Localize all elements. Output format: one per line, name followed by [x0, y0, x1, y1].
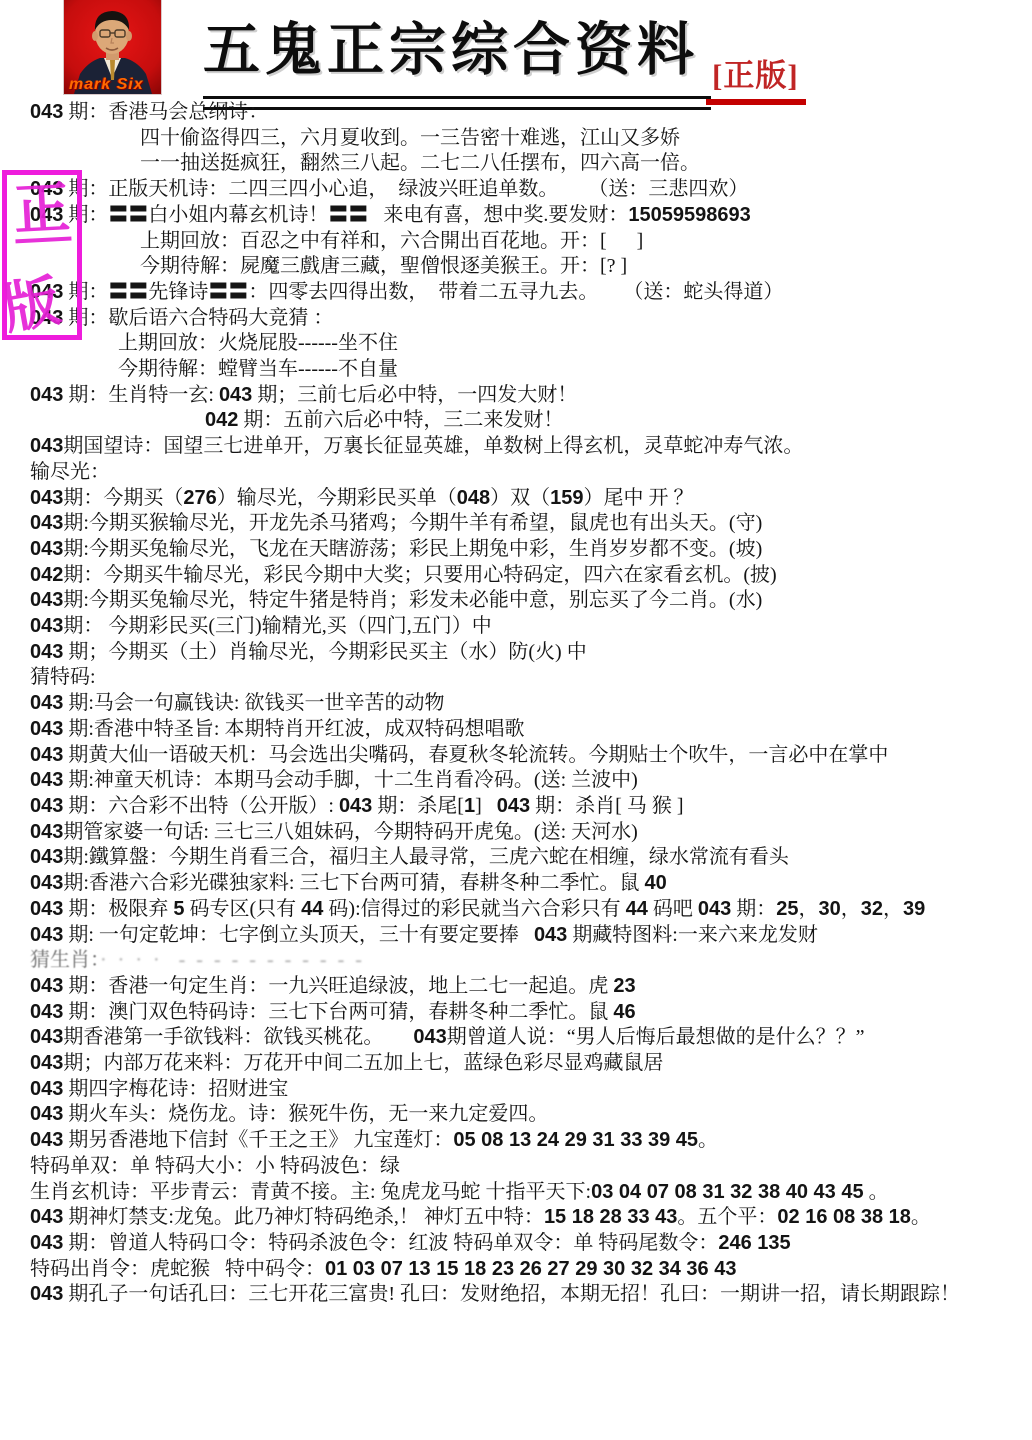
text-line: 043 期：澳门双色特码诗：三七下台两可猜，春耕冬种二季忙。鼠 46 — [0, 1000, 1032, 1026]
text-line: 上期回放：火烧屁股------坐不住 — [0, 331, 1032, 357]
text-line: 四十偷盗得四三，六月夏收到。一三告密十难逃，江山又多娇 — [0, 126, 1032, 152]
header: mark Six 五鬼正宗综合资料 [正版] — [0, 0, 1032, 106]
text-line: 特码出肖令：虎蛇猴 特中码令：01 03 07 13 15 18 23 26 2… — [0, 1257, 1032, 1283]
text-line: 043 期:香港中特圣旨: 本期特肖开红波，成双特码想唱歌 — [0, 717, 1032, 743]
tipster-photo: mark Six — [64, 0, 161, 94]
text-line: 043 期火车头：烧伤龙。诗：猴死牛伤，无一来九定爱四。 — [0, 1102, 1032, 1128]
text-line: 猜特码: — [0, 665, 1032, 691]
text-line: 043 期：〓〓白小姐内幕玄机诗！〓〓 来电有喜，想中奖.要发财：1505959… — [0, 203, 1032, 229]
text-line: 043期:今期买猴输尽光，开龙先杀马猪鸡；今期牛羊有希望，鼠虎也有出头天。(守) — [0, 511, 1032, 537]
text-line: 今期待解：螳臂当车------不自量 — [0, 357, 1032, 383]
text-line: 043 期黄大仙一语破天机：马会选出尖嘴码，春夏秋冬轮流转。今期贴士个吹牛，一言… — [0, 743, 1032, 769]
text-line: 一一抽送挺疯狂，翻然三八起。二七二八任摆布，四六高一倍。 — [0, 151, 1032, 177]
text-line: 043 期：〓〓先锋诗〓〓：四零去四得出数， 带着二五寻九去。 （送：蛇头得道） — [0, 280, 1032, 306]
text-line: 特码单双：单 特码大小：小 特码波色：绿 — [0, 1154, 1032, 1180]
text-line: 043期管家婆一句话: 三七三八姐妹码，今期特码开虎兔。(送: 天河水) — [0, 820, 1032, 846]
text-line: 043期：今期买（276）输尽光，今期彩民买单（048）双（159）尾中 开 ？ — [0, 486, 1032, 512]
text-line: 上期回放：百忍之中有祥和，六合開出百花地。开：[ ] — [0, 229, 1032, 255]
text-line: 043 期四字梅花诗：招财进宝 — [0, 1077, 1032, 1103]
text-line: 猜生肖：· · · · - - - - - - - - - - - — [0, 948, 1032, 974]
content-lines: 043 期：香港马会总纲诗：四十偷盗得四三，六月夏收到。一三告密十难逃，江山又多… — [0, 100, 1032, 1308]
text-line: 043期香港第一手欲钱料：欲钱买桃花。 043期曾道人说：“男人后悔后最想做的是… — [0, 1025, 1032, 1051]
text-line: 043 期；今期买（土）肖输尽光，今期彩民买主（水）防(火) 中 — [0, 640, 1032, 666]
text-line: 042 期：五前六后必中特，三二来发财！ — [0, 408, 1032, 434]
text-line: 今期待解：屍魔三戲唐三藏，聖僧恨逐美猴王。开：[? ] — [0, 254, 1032, 280]
text-line: 043 期：香港一句定生肖：一九兴旺追绿波，地上二七一起追。虎 23 — [0, 974, 1032, 1000]
text-line: 043 期孔子一句话孔曰：三七开花三富贵! 孔曰：发财绝招，本期无招！孔曰：一期… — [0, 1282, 1032, 1308]
text-line: 043 期另香港地下信封《千王之王》 九宝莲灯：05 08 13 24 29 3… — [0, 1128, 1032, 1154]
text-line: 043期；内部万花来料：万花开中间二五加上七，蓝绿色彩尽显鸡藏鼠居 — [0, 1051, 1032, 1077]
smudged-text: · · · · - - - - - - - - - - - — [100, 949, 365, 971]
text-line: 043期:鐵算盤：今期生肖看三合，福归主人最寻常，三虎六蛇在相缠，绿水常流有看头 — [0, 845, 1032, 871]
page-title: 五鬼正宗综合资料 — [203, 8, 699, 94]
text-line: 043 期：生肖特一玄: 043 期；三前七后必中特，一四发大财！ — [0, 383, 1032, 409]
lottery-info-sheet: mark Six 五鬼正宗综合资料 [正版] 正 版 043 期：香港马会总纲诗… — [0, 0, 1032, 1440]
text-line: 043 期神灯禁支:龙兔。此乃神灯特码绝杀,！ 神灯五中特：15 18 28 3… — [0, 1205, 1032, 1231]
text-line: 043期:今期买兔输尽光，飞龙在天瞎游荡；彩民上期兔中彩，生肖岁岁都不变。(坡) — [0, 537, 1032, 563]
text-line: 043 期：曾道人特码口令：特码杀波色令：红波 特码单双令：单 特码尾数令：24… — [0, 1231, 1032, 1257]
text-line: 043 期: 一句定乾坤：七字倒立头顶天，三十有要定要捧 043 期藏特图料:一… — [0, 923, 1032, 949]
text-line: 043 期：香港马会总纲诗： — [0, 100, 1032, 126]
text-line: 043 期:马会一句赢钱诀: 欲钱买一世辛苦的动物 — [0, 691, 1032, 717]
text-line: 043期国望诗：国望三七进单开，万裏长征显英雄，单数树上得玄机，灵草蛇冲寿气浓。 — [0, 434, 1032, 460]
text-line: 043期:今期买兔输尽光，特定牛猪是特肖；彩发未必能中意，别忘买了今二肖。(水) — [0, 588, 1032, 614]
text-line: 043期： 今期彩民买(三门)输精光,买（四门,五门）中 — [0, 614, 1032, 640]
text-line: 042期：今期买牛输尽光，彩民今期中大奖；只要用心特码定，四六在家看玄机。(披) — [0, 563, 1032, 589]
edition-tag: [正版] — [712, 50, 799, 95]
text-line: 043 期：正版天机诗：二四三四小心追， 绿波兴旺追单数。 （送：三悲四欢） — [0, 177, 1032, 203]
photo-caption: mark Six — [69, 77, 144, 93]
text-line: 043 期：歇后语六合特码大竞猜 ： — [0, 306, 1032, 332]
text-line: 043 期：极限弃 5 码专区(只有 44 码):信得过的彩民就当六合彩只有 4… — [0, 897, 1032, 923]
text-line: 043期:香港六合彩光碟独家料: 三七下台两可猜，春耕冬种二季忙。鼠 40 — [0, 871, 1032, 897]
text-line: 输尽光： — [0, 460, 1032, 486]
text-line: 生肖玄机诗：平步青云：青黄不接。主: 兔虎龙马蛇 十指平天下:03 04 07 … — [0, 1180, 1032, 1206]
text-line: 043 期:神童天机诗：本期马会动手脚，十二生肖看冷码。(送: 兰波中) — [0, 768, 1032, 794]
text-line: 043 期：六合彩不出特（公开版）: 043 期：杀尾[1] 043 期：杀肖[… — [0, 794, 1032, 820]
